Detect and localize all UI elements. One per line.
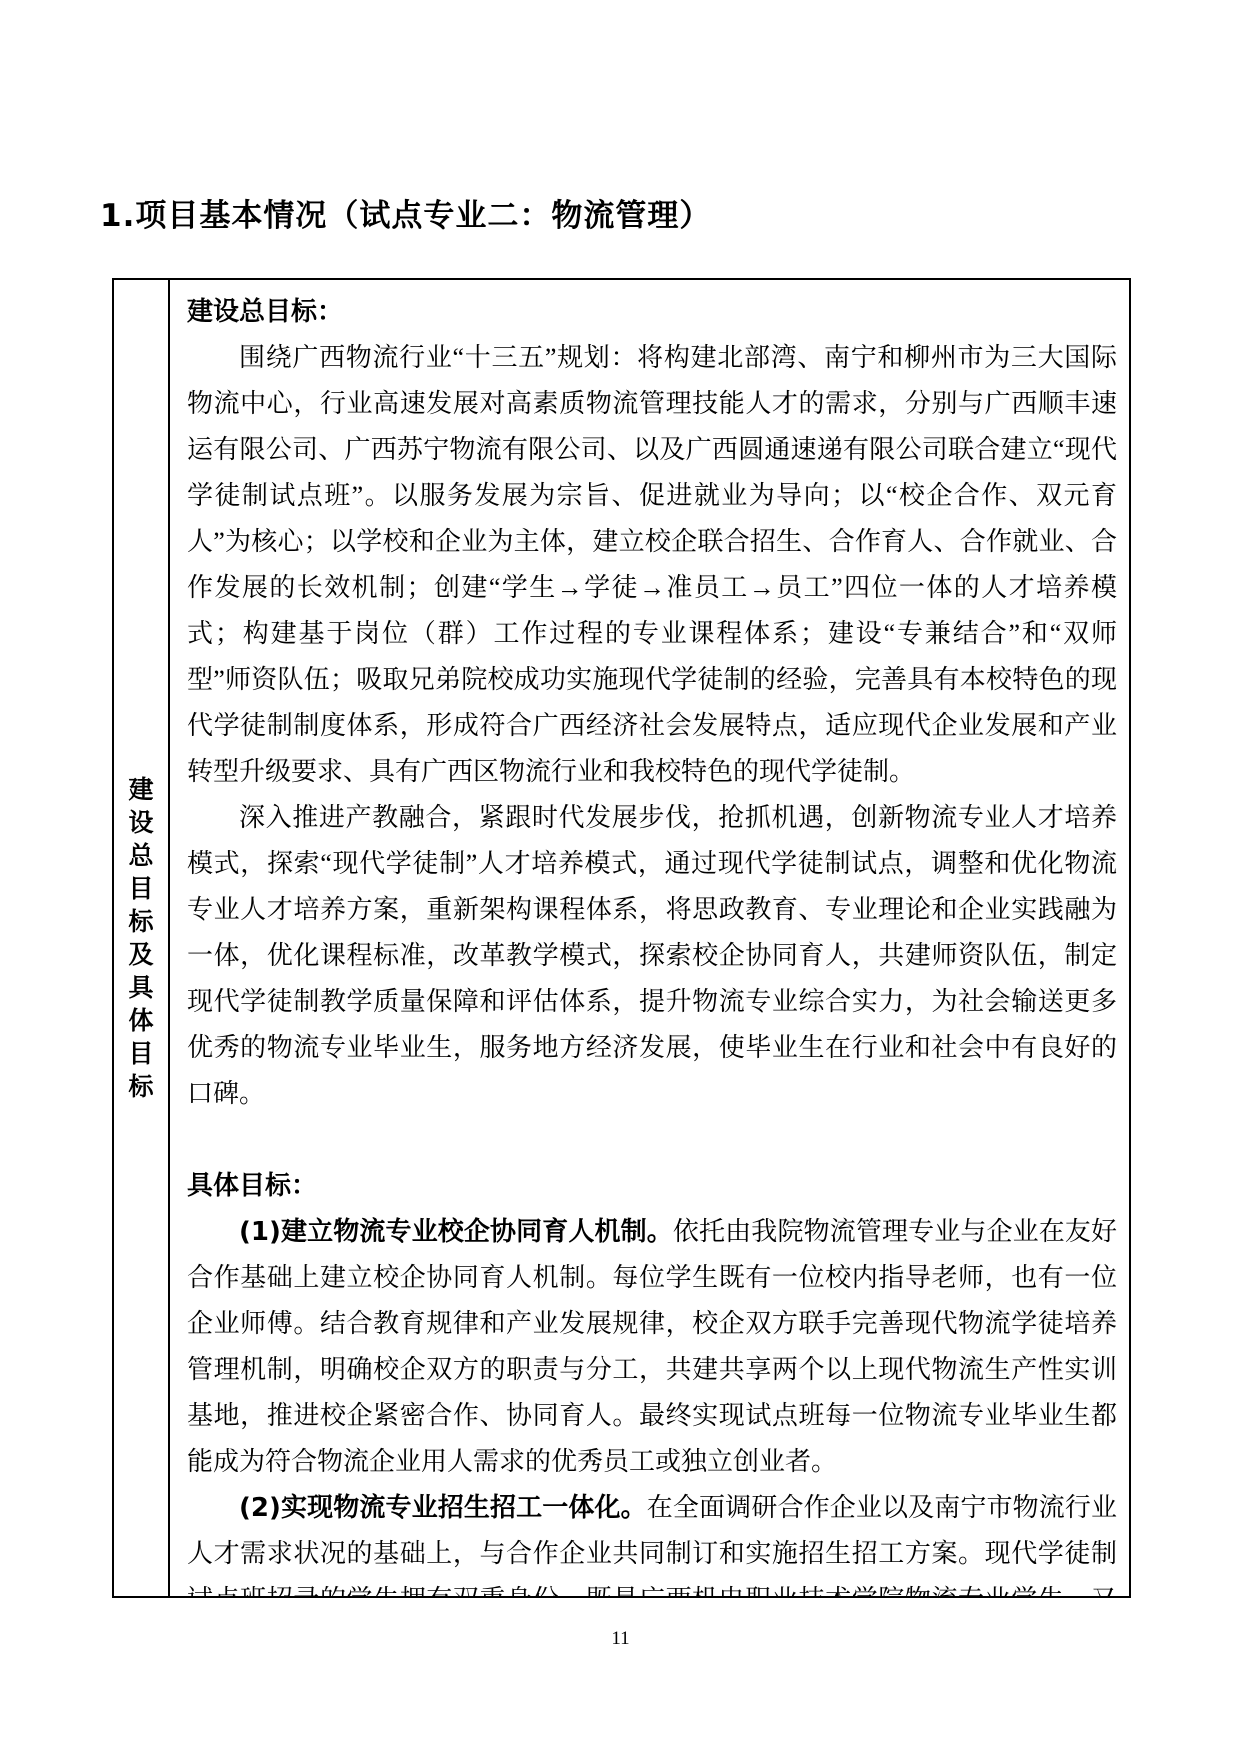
- page-number: 11: [0, 1628, 1241, 1650]
- project-overview-table: 建 设 总 目 标 及 具 体 目 标 建设总目标： 围绕广西物流行业“十三五”…: [112, 278, 1131, 1598]
- specific-goal-2-lead: (2)实现物流专业招生招工一体化。: [239, 1493, 647, 1523]
- overall-goal-paragraph-1: 围绕广西物流行业“十三五”规划：将构建北部湾、南宁和柳州市为三大国际物流中心，行…: [187, 335, 1117, 795]
- specific-goal-heading: 具体目标：: [187, 1163, 1117, 1209]
- row-header-cell: 建 设 总 目 标 及 具 体 目 标: [114, 280, 170, 1596]
- row-header-label: 建 设 总 目 标 及 具 体 目 标: [128, 773, 153, 1103]
- overall-goal-heading: 建设总目标：: [187, 289, 1117, 335]
- table-content-cell: 建设总目标： 围绕广西物流行业“十三五”规划：将构建北部湾、南宁和柳州市为三大国…: [170, 280, 1129, 1596]
- overall-goal-paragraph-2: 深入推进产教融合，紧跟时代发展步伐，抢抓机遇，创新物流专业人才培养模式，探索“现…: [187, 795, 1117, 1117]
- specific-goal-1-lead: (1)建立物流专业校企协同育人机制。: [239, 1217, 673, 1247]
- section-title: 1.项目基本情况（试点专业二：物流管理）: [100, 190, 711, 235]
- specific-goal-2: (2)实现物流专业招生招工一体化。在全面调研合作企业以及南宁市物流行业人才需求状…: [187, 1485, 1117, 1596]
- specific-goal-1-body: 依托由我院物流管理专业与企业在友好合作基础上建立校企协同育人机制。每位学生既有一…: [187, 1217, 1117, 1476]
- specific-goal-1: (1)建立物流专业校企协同育人机制。依托由我院物流管理专业与企业在友好合作基础上…: [187, 1209, 1117, 1485]
